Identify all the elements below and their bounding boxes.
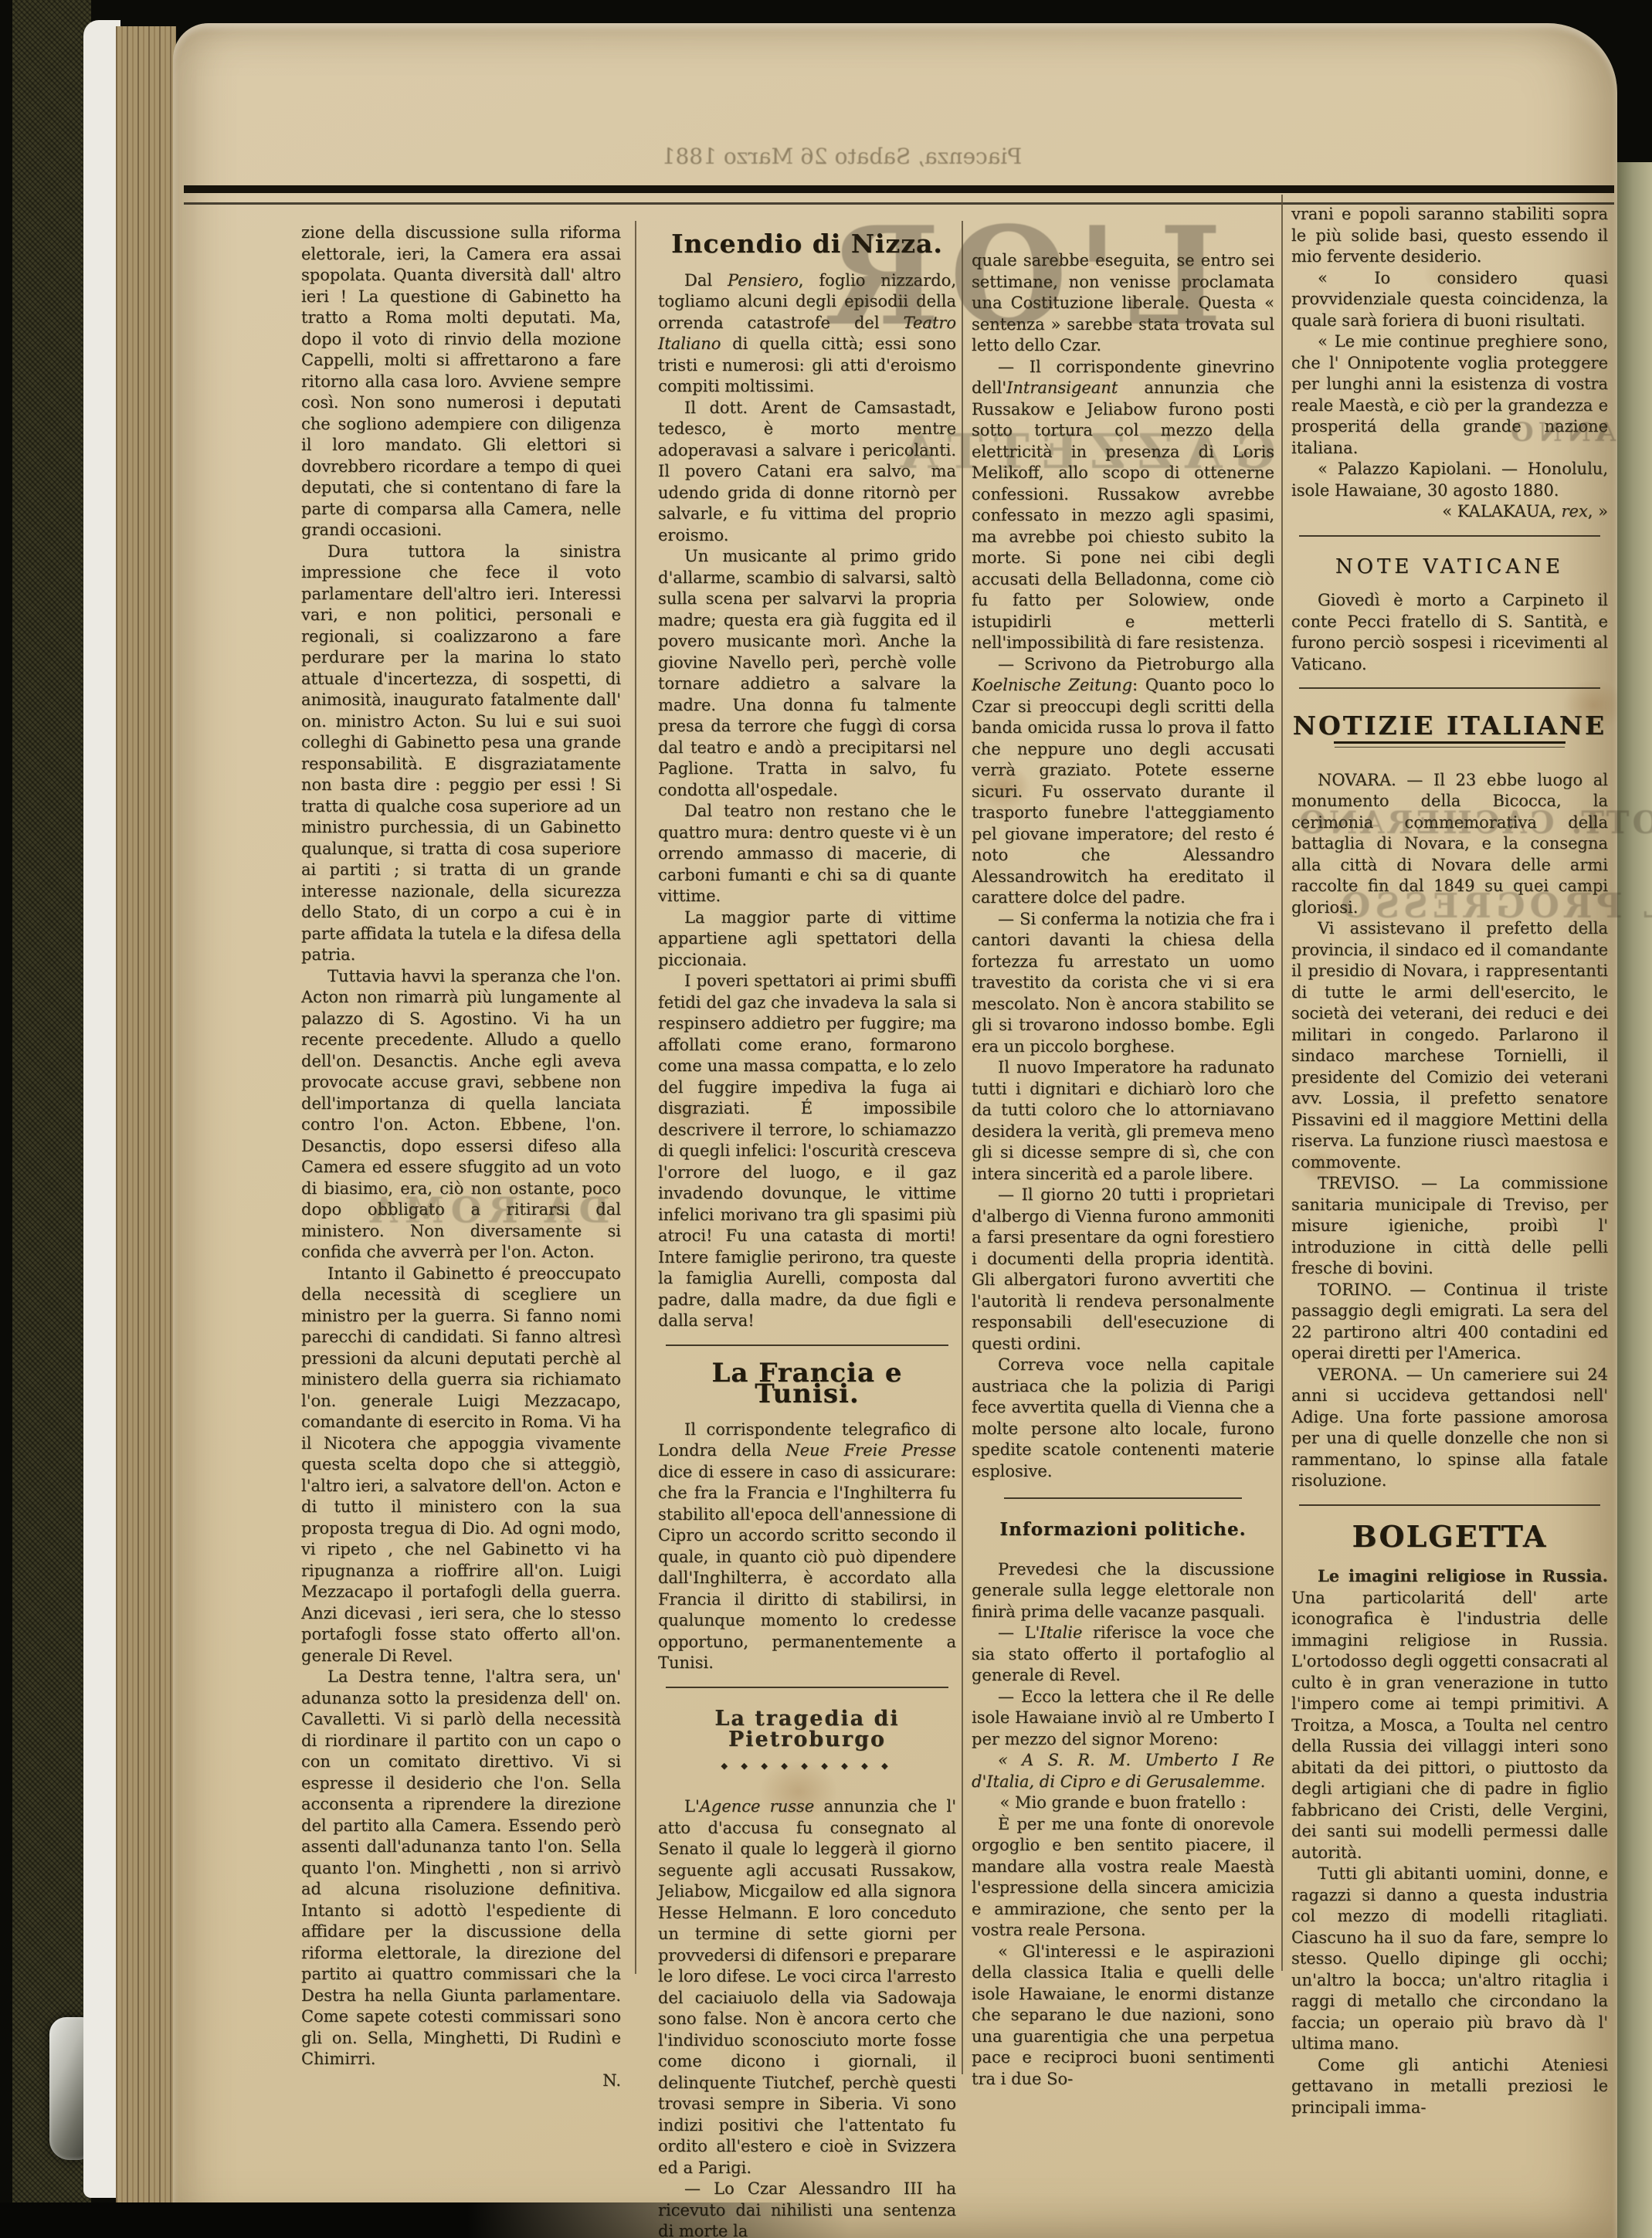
paragraph: NOVARA. — Il 23 ebbe luogo al monumento …: [1291, 770, 1608, 919]
paragraph: VERONA. — Un cameriere sui 24 anni si uc…: [1291, 1365, 1608, 1492]
adjacent-page-edge: [1617, 162, 1652, 2238]
paragraph: Un musicante al primo grido d'allarme, s…: [658, 546, 956, 801]
paragraph: Il dott. Arent de Camsastadt, tedesco, è…: [658, 398, 956, 547]
paragraph: Dal Pensiero, foglio nizzardo, togliamo …: [658, 270, 956, 398]
paragraph: Tuttavia havvi la speranza che l'on. Act…: [301, 966, 621, 1263]
paragraph: Tutti gli abitanti uomini, donne, e raga…: [1291, 1863, 1608, 2055]
headline-la-francia-e-tunisi: La Francia e Tunisi.: [658, 1363, 956, 1406]
article-informazioni-body: Prevedesi che la discussione generale su…: [972, 1559, 1274, 2090]
paragraph: È per me una fonte di onorevole orgoglio…: [972, 1814, 1274, 1941]
paragraph: Vi assistevano il prefetto della provinc…: [1291, 918, 1608, 1173]
paragraph: — Il corrispondente ginevrino dell'Intra…: [972, 357, 1274, 654]
article-separator-rule: [1299, 1504, 1600, 1506]
paragraph: quale sarebbe eseguita, se entro sei set…: [972, 250, 1274, 357]
stacked-page-edges: [116, 26, 176, 2238]
paragraph: Dura tuttora la sinistra impressione che…: [301, 541, 621, 966]
article-separator-rule: [1299, 687, 1600, 689]
headline-underline-ornament: [1334, 741, 1565, 744]
headline-notizie-italiane: NOTIZIE ITALIANE: [1291, 715, 1608, 737]
article-separator-rule: [1004, 1497, 1242, 1499]
column-4: vrani e popoli saranno stabiliti sopra l…: [1291, 204, 1608, 2118]
column-1-roma-correspondence: zione della discussione sulla riforma el…: [301, 222, 621, 2091]
paragraph: Correva voce nella capitale austriaca ch…: [972, 1355, 1274, 1482]
underlying-page-edge: [83, 20, 120, 2198]
kalakaua-letter-end: vrani e popoli saranno stabiliti sopra l…: [1291, 204, 1608, 523]
article-bolgetta-body: Le imagini religiose in Russia. Una part…: [1291, 1565, 1608, 2118]
paragraph: La Destra tenne, l'altra sera, un' aduna…: [301, 1667, 621, 2070]
paragraph: Giovedì è morto a Carpineto il conte Pec…: [1291, 590, 1608, 675]
article-tragedia-body: L'Agence russe annunzia che l' atto d'ac…: [658, 1796, 956, 2238]
paragraph: Il nuovo Imperatore ha radunato tutti i …: [972, 1057, 1274, 1185]
headline-incendio-di-nizza: Incendio di Nizza.: [658, 233, 956, 255]
masthead-rule-thick: [184, 185, 1614, 193]
paragraph: — Ecco la lettera che il Re delle isole …: [972, 1687, 1274, 1751]
column-divider: [1281, 195, 1283, 1971]
article-separator-rule: [666, 1344, 948, 1346]
paragraph: L'Agence russe annunzia che l' atto d'ac…: [658, 1796, 956, 2179]
headline-tragedia-di-pietroburgo: La tragedia di Pietroburgo: [658, 1708, 956, 1751]
paragraph: Come gli antichi Ateniesi gettavano in m…: [1291, 2055, 1608, 2119]
paragraph: « Le mie continue preghiere sono, che l'…: [1291, 331, 1608, 459]
article-separator-rule: [666, 1687, 948, 1688]
paragraph: Dal teatro non restano che le quattro mu…: [658, 801, 956, 907]
paragraph: — Il giorno 20 tutti i proprietari d'alb…: [972, 1185, 1274, 1355]
photo-bottom-shadow: [0, 2202, 850, 2238]
article-body: zione della discussione sulla riforma el…: [301, 222, 621, 2091]
article-francia-body: Il corrispondente telegrafico di Londra …: [658, 1419, 956, 1674]
paragraph: zione della discussione sulla riforma el…: [301, 222, 621, 541]
diamond-ornament: ◆ ◆ ◆ ◆ ◆ ◆ ◆ ◆ ◆: [658, 1755, 956, 1777]
paragraph: — L'Italie riferisce la voce che sia sta…: [972, 1623, 1274, 1687]
article-separator-rule: [1299, 535, 1600, 537]
paragraph: Il corrispondente telegrafico di Londra …: [658, 1419, 956, 1674]
headline-bolgetta: BOLGETTA: [1291, 1526, 1608, 1548]
book-cover-spine: [12, 0, 91, 2210]
paragraph: Le imagini religiose in Russia. Una part…: [1291, 1565, 1608, 1863]
bleedthrough-dateline: Piacenza, Sabato 26 Marzo 1881: [541, 144, 1143, 169]
paragraph: « A S. R. M. Umberto I Re d'Italia, di C…: [972, 1750, 1274, 1792]
paragraph: « Mio grande e buon fratello :: [972, 1792, 1274, 1814]
paragraph: Intanto il Gabinetto é preoccupato della…: [301, 1263, 621, 1667]
paragraph: « Palazzo Kapiolani. — Honolulu, isole H…: [1291, 459, 1608, 501]
paragraph: TORINO. — Continua il triste passaggio d…: [1291, 1280, 1608, 1365]
article-notizie-body: NOVARA. — Il 23 ebbe luogo al monumento …: [1291, 770, 1608, 1492]
paragraph: — Si conferma la notizia che fra i canto…: [972, 909, 1274, 1058]
paragraph: « Io considero quasi provvidenziale ques…: [1291, 268, 1608, 332]
headline-informazioni-politiche: Informazioni politiche.: [972, 1519, 1274, 1541]
column-3: quale sarebbe eseguita, se entro sei set…: [972, 250, 1274, 2090]
article-tragedia-continuation: quale sarebbe eseguita, se entro sei set…: [972, 250, 1274, 1482]
book-scan-photo: Piacenza, Sabato 26 Marzo 1881 L'OR GAZZ…: [0, 0, 1652, 2238]
paragraph: « Gl'interessi e le aspirazioni della cl…: [972, 1941, 1274, 2090]
paragraph: — Scrivono da Pietroburgo alla Koelnisch…: [972, 654, 1274, 909]
article-note-vaticane-body: Giovedì è morto a Carpineto il conte Pec…: [1291, 590, 1608, 675]
paragraph: vrani e popoli saranno stabiliti sopra l…: [1291, 204, 1608, 268]
paragraph: La maggior parte di vittime appartiene a…: [658, 907, 956, 971]
column-2: Incendio di Nizza. Dal Pensiero, foglio …: [658, 230, 956, 2238]
paragraph: N.: [301, 2070, 621, 2092]
headline-note-vaticane: NOTE VATICANE: [1291, 557, 1608, 578]
paragraph: Prevedesi che la discussione generale su…: [972, 1559, 1274, 1623]
article-incendio-body: Dal Pensiero, foglio nizzardo, togliamo …: [658, 270, 956, 1332]
paragraph: TREVISO. — La commissione sanitaria muni…: [1291, 1173, 1608, 1280]
paragraph: « KALAKAUA, rex, »: [1291, 501, 1608, 523]
column-divider: [962, 221, 963, 2074]
paragraph: I poveri spettatori ai primi sbuffi feti…: [658, 971, 956, 1332]
column-divider: [635, 221, 636, 1974]
